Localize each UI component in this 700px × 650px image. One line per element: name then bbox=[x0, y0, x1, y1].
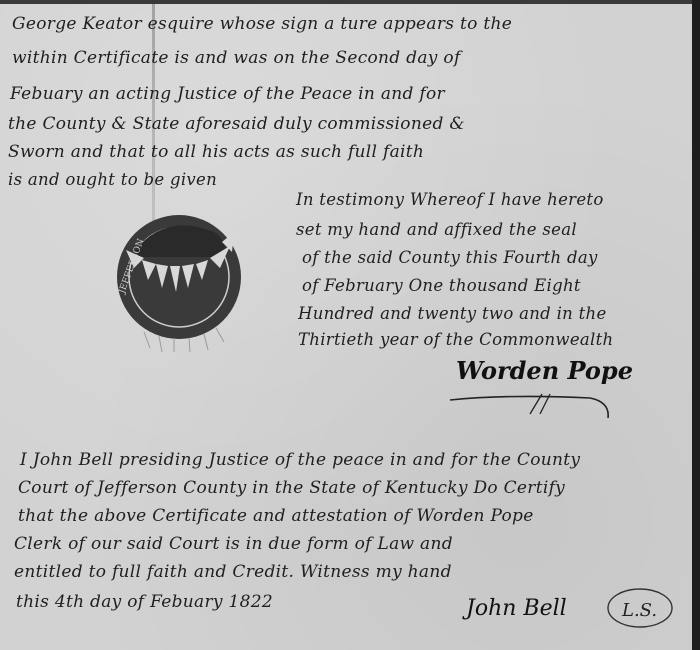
text-line: that the above Certificate and attestati… bbox=[18, 506, 534, 526]
svg-text:L.S.: L.S. bbox=[621, 600, 657, 621]
text-line: this 4th day of Febuary 1822 bbox=[16, 592, 273, 612]
text-line: Febuary an acting Justice of the Peace i… bbox=[10, 84, 445, 104]
text-line: set my hand and affixed the seal bbox=[296, 220, 577, 239]
document-page: George Keator esquire whose sign a ture … bbox=[0, 4, 693, 650]
text-line: of February One thousand Eight bbox=[302, 276, 581, 295]
text-line: entitled to full faith and Credit. Witne… bbox=[14, 562, 452, 582]
text-line: In testimony Whereof I have hereto bbox=[296, 190, 604, 209]
text-line: is and ought to be given bbox=[8, 170, 217, 189]
county-seal-icon: JEFFERSON bbox=[104, 202, 254, 352]
signature-worden-pope: Worden Pope bbox=[456, 356, 633, 385]
text-line: Sworn and that to all his acts as such f… bbox=[8, 142, 424, 162]
text-line: I John Bell presiding Justice of the pea… bbox=[20, 450, 580, 470]
text-line: of the said County this Fourth day bbox=[302, 248, 598, 267]
text-line: George Keator esquire whose sign a ture … bbox=[12, 14, 512, 34]
text-line: Thirtieth year of the Commonwealth bbox=[298, 330, 613, 349]
signature-john-bell: John Bell bbox=[466, 596, 567, 621]
signature-flourish-icon bbox=[450, 384, 620, 424]
scan-right-border bbox=[692, 0, 700, 650]
text-line: the County & State aforesaid duly commis… bbox=[8, 114, 465, 134]
text-line: Clerk of our said Court is in due form o… bbox=[14, 534, 453, 554]
locus-sigilli-mark-icon: L.S. bbox=[604, 586, 676, 632]
text-line: within Certificate is and was on the Sec… bbox=[12, 48, 461, 68]
text-line: Hundred and twenty two and in the bbox=[298, 304, 607, 323]
text-line: Court of Jefferson County in the State o… bbox=[18, 478, 565, 498]
